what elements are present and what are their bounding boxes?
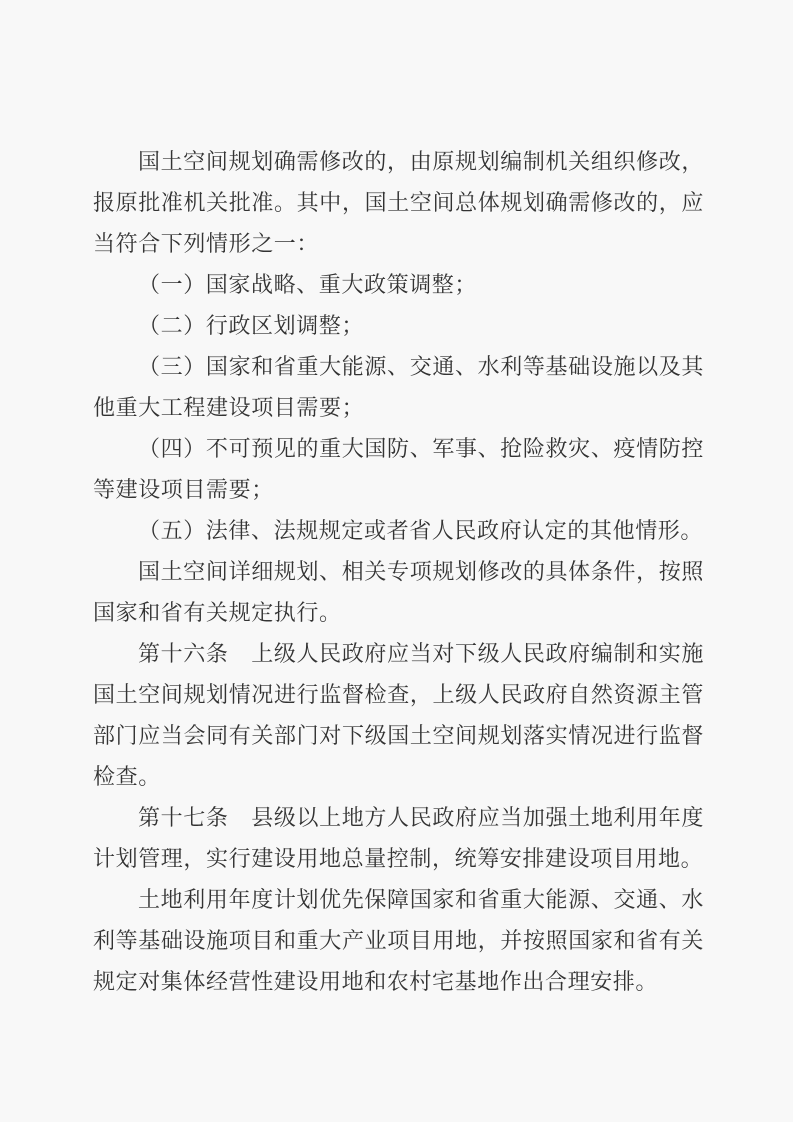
paragraph-plan-modification-intro: 国土空间规划确需修改的，由原规划编制机关组织修改，报原批准机关批准。其中，国土空… — [93, 141, 704, 264]
list-item-1: （一）国家战略、重大政策调整； — [93, 264, 704, 305]
list-item-2: （二）行政区划调整； — [93, 305, 704, 346]
list-item-3: （三）国家和省重大能源、交通、水利等基础设施以及其他重大工程建设项目需要； — [93, 346, 704, 428]
document-text-block: 国土空间规划确需修改的，由原规划编制机关组织修改，报原批准机关批准。其中，国土空… — [93, 141, 704, 1002]
paragraph-detailed-plan-conditions: 国土空间详细规划、相关专项规划修改的具体条件，按照国家和省有关规定执行。 — [93, 551, 704, 633]
paragraph-annual-land-use-plan: 土地利用年度计划优先保障国家和省重大能源、交通、水利等基础设施项目和重大产业项目… — [93, 879, 704, 1002]
paragraph-article-16: 第十六条 上级人民政府应当对下级人民政府编制和实施国土空间规划情况进行监督检查，… — [93, 633, 704, 797]
document-page: 国土空间规划确需修改的，由原规划编制机关组织修改，报原批准机关批准。其中，国土空… — [0, 0, 793, 1122]
list-item-5: （五）法律、法规规定或者省人民政府认定的其他情形。 — [93, 510, 704, 551]
list-item-4: （四）不可预见的重大国防、军事、抢险救灾、疫情防控等建设项目需要； — [93, 428, 704, 510]
paragraph-article-17: 第十七条 县级以上地方人民政府应当加强土地利用年度计划管理，实行建设用地总量控制… — [93, 797, 704, 879]
